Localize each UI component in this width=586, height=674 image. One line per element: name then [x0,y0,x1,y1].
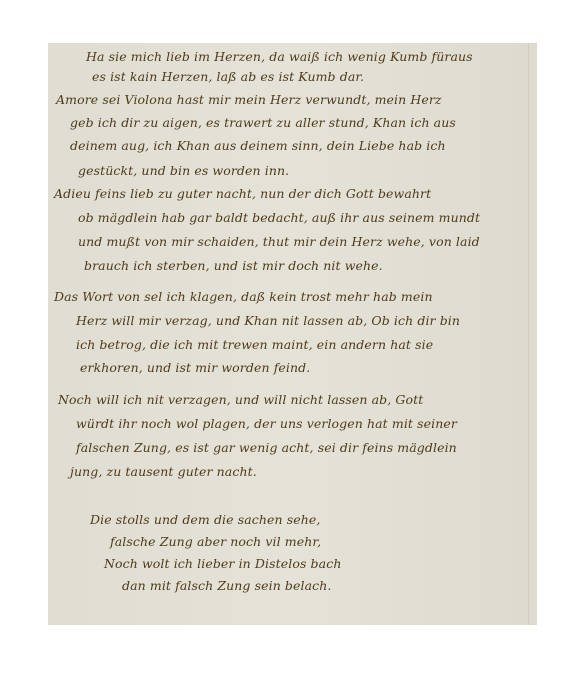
manuscript-line: würdt ihr noch wol plagen, der uns verlo… [76,416,457,431]
manuscript-line: Noch will ich nit verzagen, und will nic… [58,392,423,407]
manuscript-line: geb ich dir zu aigen, es trawert zu alle… [70,115,456,130]
manuscript-page: Ha sie mich lieb im Herzen, da waiß ich … [48,43,537,625]
manuscript-line: Adieu feins lieb zu guter nacht, nun der… [54,186,431,201]
manuscript-line: ich betrog, die ich mit trewen maint, ei… [76,337,433,352]
manuscript-line: Amore sei Violona hast mir mein Herz ver… [56,92,442,107]
manuscript-line: und mußt von mir schaiden, thut mir dein… [78,234,480,249]
manuscript-line: jung, zu tausent guter nacht. [70,464,257,479]
manuscript-line: Ha sie mich lieb im Herzen, da waiß ich … [86,49,473,64]
manuscript-line: deinem aug, ich Khan aus deinem sinn, de… [70,138,446,153]
manuscript-line: gestückt, und bin es worden inn. [78,163,289,178]
page-edge-rule [528,43,529,625]
manuscript-line: erkhoren, und ist mir worden feind. [80,360,310,375]
manuscript-line: ob mägdlein hab gar baldt bedacht, auß i… [78,210,480,225]
manuscript-line: es ist kain Herzen, laß ab es ist Kumb d… [92,69,364,84]
manuscript-line: Herz will mir verzag, und Khan nit lasse… [76,313,460,328]
manuscript-line: falsche Zung aber noch vil mehr, [110,534,321,549]
manuscript-line: dan mit falsch Zung sein belach. [122,578,332,593]
manuscript-line: falschen Zung, es ist gar wenig acht, se… [76,440,457,455]
manuscript-line: Noch wolt ich lieber in Distelos bach [104,556,341,571]
manuscript-line: brauch ich sterben, und ist mir doch nit… [84,258,383,273]
manuscript-line: Das Wort von sel ich klagen, daß kein tr… [54,289,433,304]
manuscript-line: Die stolls und dem die sachen sehe, [90,512,320,527]
